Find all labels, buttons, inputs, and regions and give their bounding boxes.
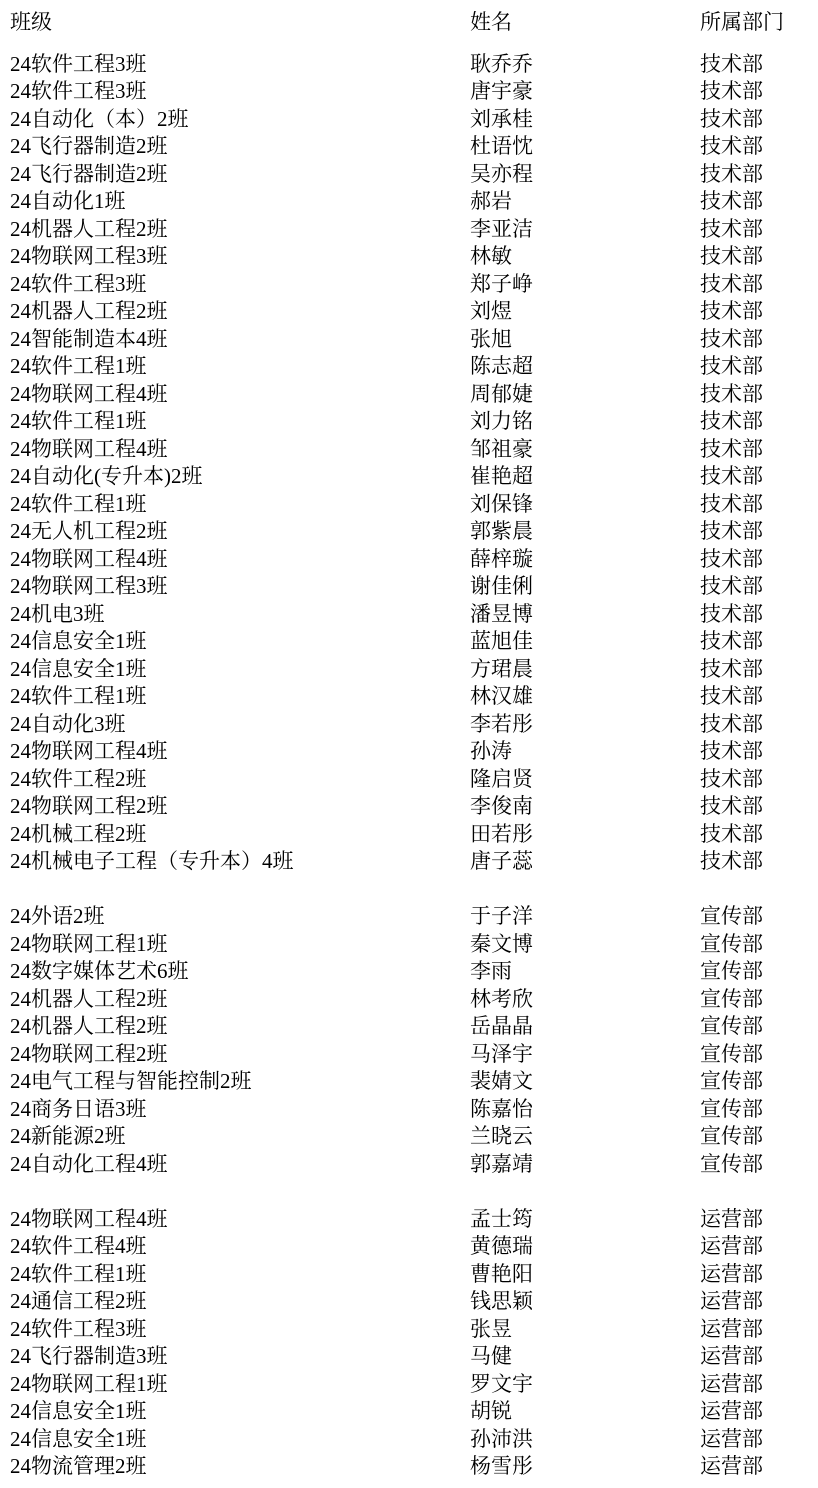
department-cell: 技术部 [700,738,818,766]
name-cell: 蓝旭佳 [470,628,700,656]
table-row: 24物联网工程4班孙涛技术部 [0,738,818,766]
department-cell: 宣传部 [700,986,818,1014]
class-cell: 24软件工程3班 [10,78,470,106]
table-row: 24通信工程2班钱思颖运营部 [0,1288,818,1316]
class-cell: 24飞行器制造2班 [10,133,470,161]
class-cell: 24软件工程1班 [10,353,470,381]
department-cell: 技术部 [700,408,818,436]
table-row: 24软件工程3班郑子峥技术部 [0,271,818,299]
name-cell: 李若彤 [470,711,700,739]
department-cell: 运营部 [700,1261,818,1289]
name-cell: 罗文宇 [470,1371,700,1399]
name-cell: 于子洋 [470,903,700,931]
table-row: 24软件工程1班刘力铭技术部 [0,408,818,436]
department-cell: 技术部 [700,216,818,244]
class-cell: 24信息安全1班 [10,628,470,656]
department-cell: 运营部 [700,1343,818,1371]
table-row: 24软件工程3班唐宇豪技术部 [0,78,818,106]
class-cell: 24软件工程1班 [10,683,470,711]
table-row: 24物联网工程1班秦文博宣传部 [0,931,818,959]
class-cell: 24信息安全1班 [10,656,470,684]
department-cell: 运营部 [700,1426,818,1454]
class-cell: 24机电3班 [10,601,470,629]
department-cell: 宣传部 [700,1041,818,1069]
class-cell: 24机械电子工程（专升本）4班 [10,848,470,876]
class-cell: 24飞行器制造2班 [10,161,470,189]
name-cell: 钱思颖 [470,1288,700,1316]
class-cell: 24自动化3班 [10,711,470,739]
class-cell: 24机械工程2班 [10,821,470,849]
table-row: 24机器人工程2班岳晶晶宣传部 [0,1013,818,1041]
name-cell: 薛梓璇 [470,546,700,574]
class-cell: 24物联网工程4班 [10,546,470,574]
name-cell: 郭嘉靖 [470,1151,700,1179]
name-cell: 周郁婕 [470,381,700,409]
table-row: 24飞行器制造2班杜语忱技术部 [0,133,818,161]
class-cell: 24飞行器制造3班 [10,1343,470,1371]
table-row: 24物联网工程4班孟士筠运营部 [0,1206,818,1234]
department-cell: 运营部 [700,1233,818,1261]
department-cell: 运营部 [700,1398,818,1426]
name-cell: 唐子蕊 [470,848,700,876]
name-cell: 刘承桂 [470,106,700,134]
class-cell: 24物联网工程2班 [10,793,470,821]
name-cell: 岳晶晶 [470,1013,700,1041]
class-cell: 24新能源2班 [10,1123,470,1151]
name-cell: 隆启贤 [470,766,700,794]
name-cell: 郭紫晨 [470,518,700,546]
table-row: 24软件工程1班刘保锋技术部 [0,491,818,519]
class-cell: 24物联网工程2班 [10,1041,470,1069]
table-row: 24物联网工程4班邹祖豪技术部 [0,436,818,464]
department-cell: 技术部 [700,271,818,299]
department-cell: 技术部 [700,656,818,684]
table-row: 24机器人工程2班林考欣宣传部 [0,986,818,1014]
department-cell: 技术部 [700,78,818,106]
name-cell: 胡锐 [470,1398,700,1426]
department-cell: 技术部 [700,766,818,794]
class-cell: 24物联网工程3班 [10,573,470,601]
table-row: 24外语2班于子洋宣传部 [0,903,818,931]
department-cell: 运营部 [700,1206,818,1234]
table-row: 24机械电子工程（专升本）4班唐子蕊技术部 [0,848,818,876]
table-row: 24自动化工程4班郭嘉靖宣传部 [0,1151,818,1179]
roster-document: 班级 姓名 所属部门 24软件工程3班耿乔乔技术部24软件工程3班唐宇豪技术部2… [0,0,818,1488]
class-cell: 24软件工程3班 [10,271,470,299]
department-cell: 技术部 [700,711,818,739]
table-row: 24物联网工程4班周郁婕技术部 [0,381,818,409]
name-cell: 林考欣 [470,986,700,1014]
name-cell: 裴婧文 [470,1068,700,1096]
table-row: 24机械工程2班田若彤技术部 [0,821,818,849]
table-row: 24信息安全1班孙沛洪运营部 [0,1426,818,1454]
class-cell: 24自动化工程4班 [10,1151,470,1179]
department-cell: 运营部 [700,1453,818,1481]
table-row: 24无人机工程2班郭紫晨技术部 [0,518,818,546]
class-cell: 24智能制造本4班 [10,326,470,354]
class-cell: 24物联网工程4班 [10,738,470,766]
department-cell: 技术部 [700,436,818,464]
table-row: 24物联网工程2班李俊南技术部 [0,793,818,821]
class-cell: 24物联网工程1班 [10,1371,470,1399]
name-cell: 邹祖豪 [470,436,700,464]
table-row: 24信息安全1班蓝旭佳技术部 [0,628,818,656]
header-department: 所属部门 [700,9,818,37]
table-row: 24物联网工程4班薛梓璇技术部 [0,546,818,574]
department-cell: 运营部 [700,1371,818,1399]
department-cell: 运营部 [700,1316,818,1344]
class-cell: 24软件工程3班 [10,51,470,79]
name-cell: 林敏 [470,243,700,271]
department-cell: 宣传部 [700,1013,818,1041]
header-name: 姓名 [470,9,700,37]
class-cell: 24物流管理2班 [10,1453,470,1481]
name-cell: 马健 [470,1343,700,1371]
name-cell: 张昱 [470,1316,700,1344]
table-row: 24电气工程与智能控制2班裴婧文宣传部 [0,1068,818,1096]
table-row: 24软件工程2班隆启贤技术部 [0,766,818,794]
department-cell: 宣传部 [700,1123,818,1151]
name-cell: 兰晓云 [470,1123,700,1151]
class-cell: 24信息安全1班 [10,1426,470,1454]
department-cell: 技术部 [700,793,818,821]
department-cell: 技术部 [700,188,818,216]
class-cell: 24通信工程2班 [10,1288,470,1316]
section-gap [0,876,818,904]
name-cell: 谢佳俐 [470,573,700,601]
department-cell: 技术部 [700,353,818,381]
class-cell: 24软件工程4班 [10,1233,470,1261]
department-cell: 技术部 [700,546,818,574]
name-cell: 郝岩 [470,188,700,216]
name-cell: 曹艳阳 [470,1261,700,1289]
class-cell: 24自动化（本）2班 [10,106,470,134]
department-cell: 宣传部 [700,903,818,931]
department-cell: 宣传部 [700,1068,818,1096]
table-row: 24自动化1班郝岩技术部 [0,188,818,216]
name-cell: 刘保锋 [470,491,700,519]
table-row: 24信息安全1班方珺晨技术部 [0,656,818,684]
table-row: 24飞行器制造3班马健运营部 [0,1343,818,1371]
class-cell: 24信息安全1班 [10,1398,470,1426]
class-cell: 24机器人工程2班 [10,216,470,244]
name-cell: 刘煜 [470,298,700,326]
class-cell: 24无人机工程2班 [10,518,470,546]
table-row: 24物流管理2班杨雪彤运营部 [0,1453,818,1481]
name-cell: 李雨 [470,958,700,986]
class-cell: 24外语2班 [10,903,470,931]
table-row: 24机电3班潘昱博技术部 [0,601,818,629]
class-cell: 24电气工程与智能控制2班 [10,1068,470,1096]
department-cell: 技术部 [700,573,818,601]
class-cell: 24软件工程1班 [10,1261,470,1289]
class-cell: 24自动化(专升本)2班 [10,463,470,491]
class-cell: 24物联网工程4班 [10,1206,470,1234]
department-cell: 宣传部 [700,1096,818,1124]
header-class: 班级 [10,9,470,37]
table-row: 24新能源2班兰晓云宣传部 [0,1123,818,1151]
table-row: 24物联网工程3班林敏技术部 [0,243,818,271]
name-cell: 方珺晨 [470,656,700,684]
department-cell: 技术部 [700,106,818,134]
class-cell: 24商务日语3班 [10,1096,470,1124]
table-row: 24物联网工程2班马泽宇宣传部 [0,1041,818,1069]
table-row: 24飞行器制造2班吴亦程技术部 [0,161,818,189]
class-cell: 24物联网工程3班 [10,243,470,271]
table-row: 24软件工程1班林汉雄技术部 [0,683,818,711]
class-cell: 24软件工程2班 [10,766,470,794]
department-cell: 技术部 [700,161,818,189]
department-cell: 技术部 [700,601,818,629]
name-cell: 秦文博 [470,931,700,959]
department-cell: 宣传部 [700,958,818,986]
section-gap [0,1178,818,1206]
name-cell: 陈嘉怡 [470,1096,700,1124]
class-cell: 24机器人工程2班 [10,986,470,1014]
department-cell: 技术部 [700,491,818,519]
table-row: 24自动化3班李若彤技术部 [0,711,818,739]
department-cell: 运营部 [700,1288,818,1316]
name-cell: 陈志超 [470,353,700,381]
table-row: 24信息安全1班胡锐运营部 [0,1398,818,1426]
name-cell: 崔艳超 [470,463,700,491]
name-cell: 田若彤 [470,821,700,849]
name-cell: 孙沛洪 [470,1426,700,1454]
table-row: 24软件工程1班陈志超技术部 [0,353,818,381]
class-cell: 24软件工程1班 [10,491,470,519]
department-cell: 技术部 [700,628,818,656]
table-row: 24物联网工程3班谢佳俐技术部 [0,573,818,601]
class-cell: 24物联网工程4班 [10,436,470,464]
class-cell: 24机器人工程2班 [10,1013,470,1041]
name-cell: 张旭 [470,326,700,354]
table-row: 24软件工程4班黄德瑞运营部 [0,1233,818,1261]
name-cell: 马泽宇 [470,1041,700,1069]
department-cell: 技术部 [700,133,818,161]
name-cell: 黄德瑞 [470,1233,700,1261]
name-cell: 孙涛 [470,738,700,766]
department-cell: 技术部 [700,51,818,79]
department-cell: 技术部 [700,326,818,354]
class-cell: 24软件工程1班 [10,408,470,436]
department-cell: 宣传部 [700,931,818,959]
name-cell: 郑子峥 [470,271,700,299]
class-cell: 24物联网工程4班 [10,381,470,409]
name-cell: 唐宇豪 [470,78,700,106]
table-row: 24数字媒体艺术6班李雨宣传部 [0,958,818,986]
name-cell: 杨雪彤 [470,1453,700,1481]
name-cell: 潘昱博 [470,601,700,629]
table-header: 班级 姓名 所属部门 [0,9,818,37]
table-row: 24机器人工程2班刘煜技术部 [0,298,818,326]
name-cell: 杜语忱 [470,133,700,161]
name-cell: 吴亦程 [470,161,700,189]
class-cell: 24自动化1班 [10,188,470,216]
department-cell: 技术部 [700,821,818,849]
department-cell: 技术部 [700,298,818,326]
table-row: 24软件工程3班耿乔乔技术部 [0,51,818,79]
department-cell: 技术部 [700,381,818,409]
table-body: 24软件工程3班耿乔乔技术部24软件工程3班唐宇豪技术部24自动化（本）2班刘承… [0,51,818,1481]
name-cell: 刘力铭 [470,408,700,436]
department-cell: 技术部 [700,463,818,491]
name-cell: 孟士筠 [470,1206,700,1234]
department-cell: 技术部 [700,683,818,711]
department-cell: 技术部 [700,243,818,271]
table-row: 24物联网工程1班罗文宇运营部 [0,1371,818,1399]
table-row: 24软件工程1班曹艳阳运营部 [0,1261,818,1289]
name-cell: 李亚洁 [470,216,700,244]
table-row: 24自动化（本）2班刘承桂技术部 [0,106,818,134]
name-cell: 耿乔乔 [470,51,700,79]
class-cell: 24数字媒体艺术6班 [10,958,470,986]
table-row: 24智能制造本4班张旭技术部 [0,326,818,354]
class-cell: 24机器人工程2班 [10,298,470,326]
department-cell: 技术部 [700,848,818,876]
department-cell: 技术部 [700,518,818,546]
class-cell: 24软件工程3班 [10,1316,470,1344]
table-row: 24商务日语3班陈嘉怡宣传部 [0,1096,818,1124]
header-spacer [0,37,818,51]
table-row: 24软件工程3班张昱运营部 [0,1316,818,1344]
table-row: 24自动化(专升本)2班崔艳超技术部 [0,463,818,491]
table-row: 24机器人工程2班李亚洁技术部 [0,216,818,244]
name-cell: 李俊南 [470,793,700,821]
class-cell: 24物联网工程1班 [10,931,470,959]
department-cell: 宣传部 [700,1151,818,1179]
name-cell: 林汉雄 [470,683,700,711]
